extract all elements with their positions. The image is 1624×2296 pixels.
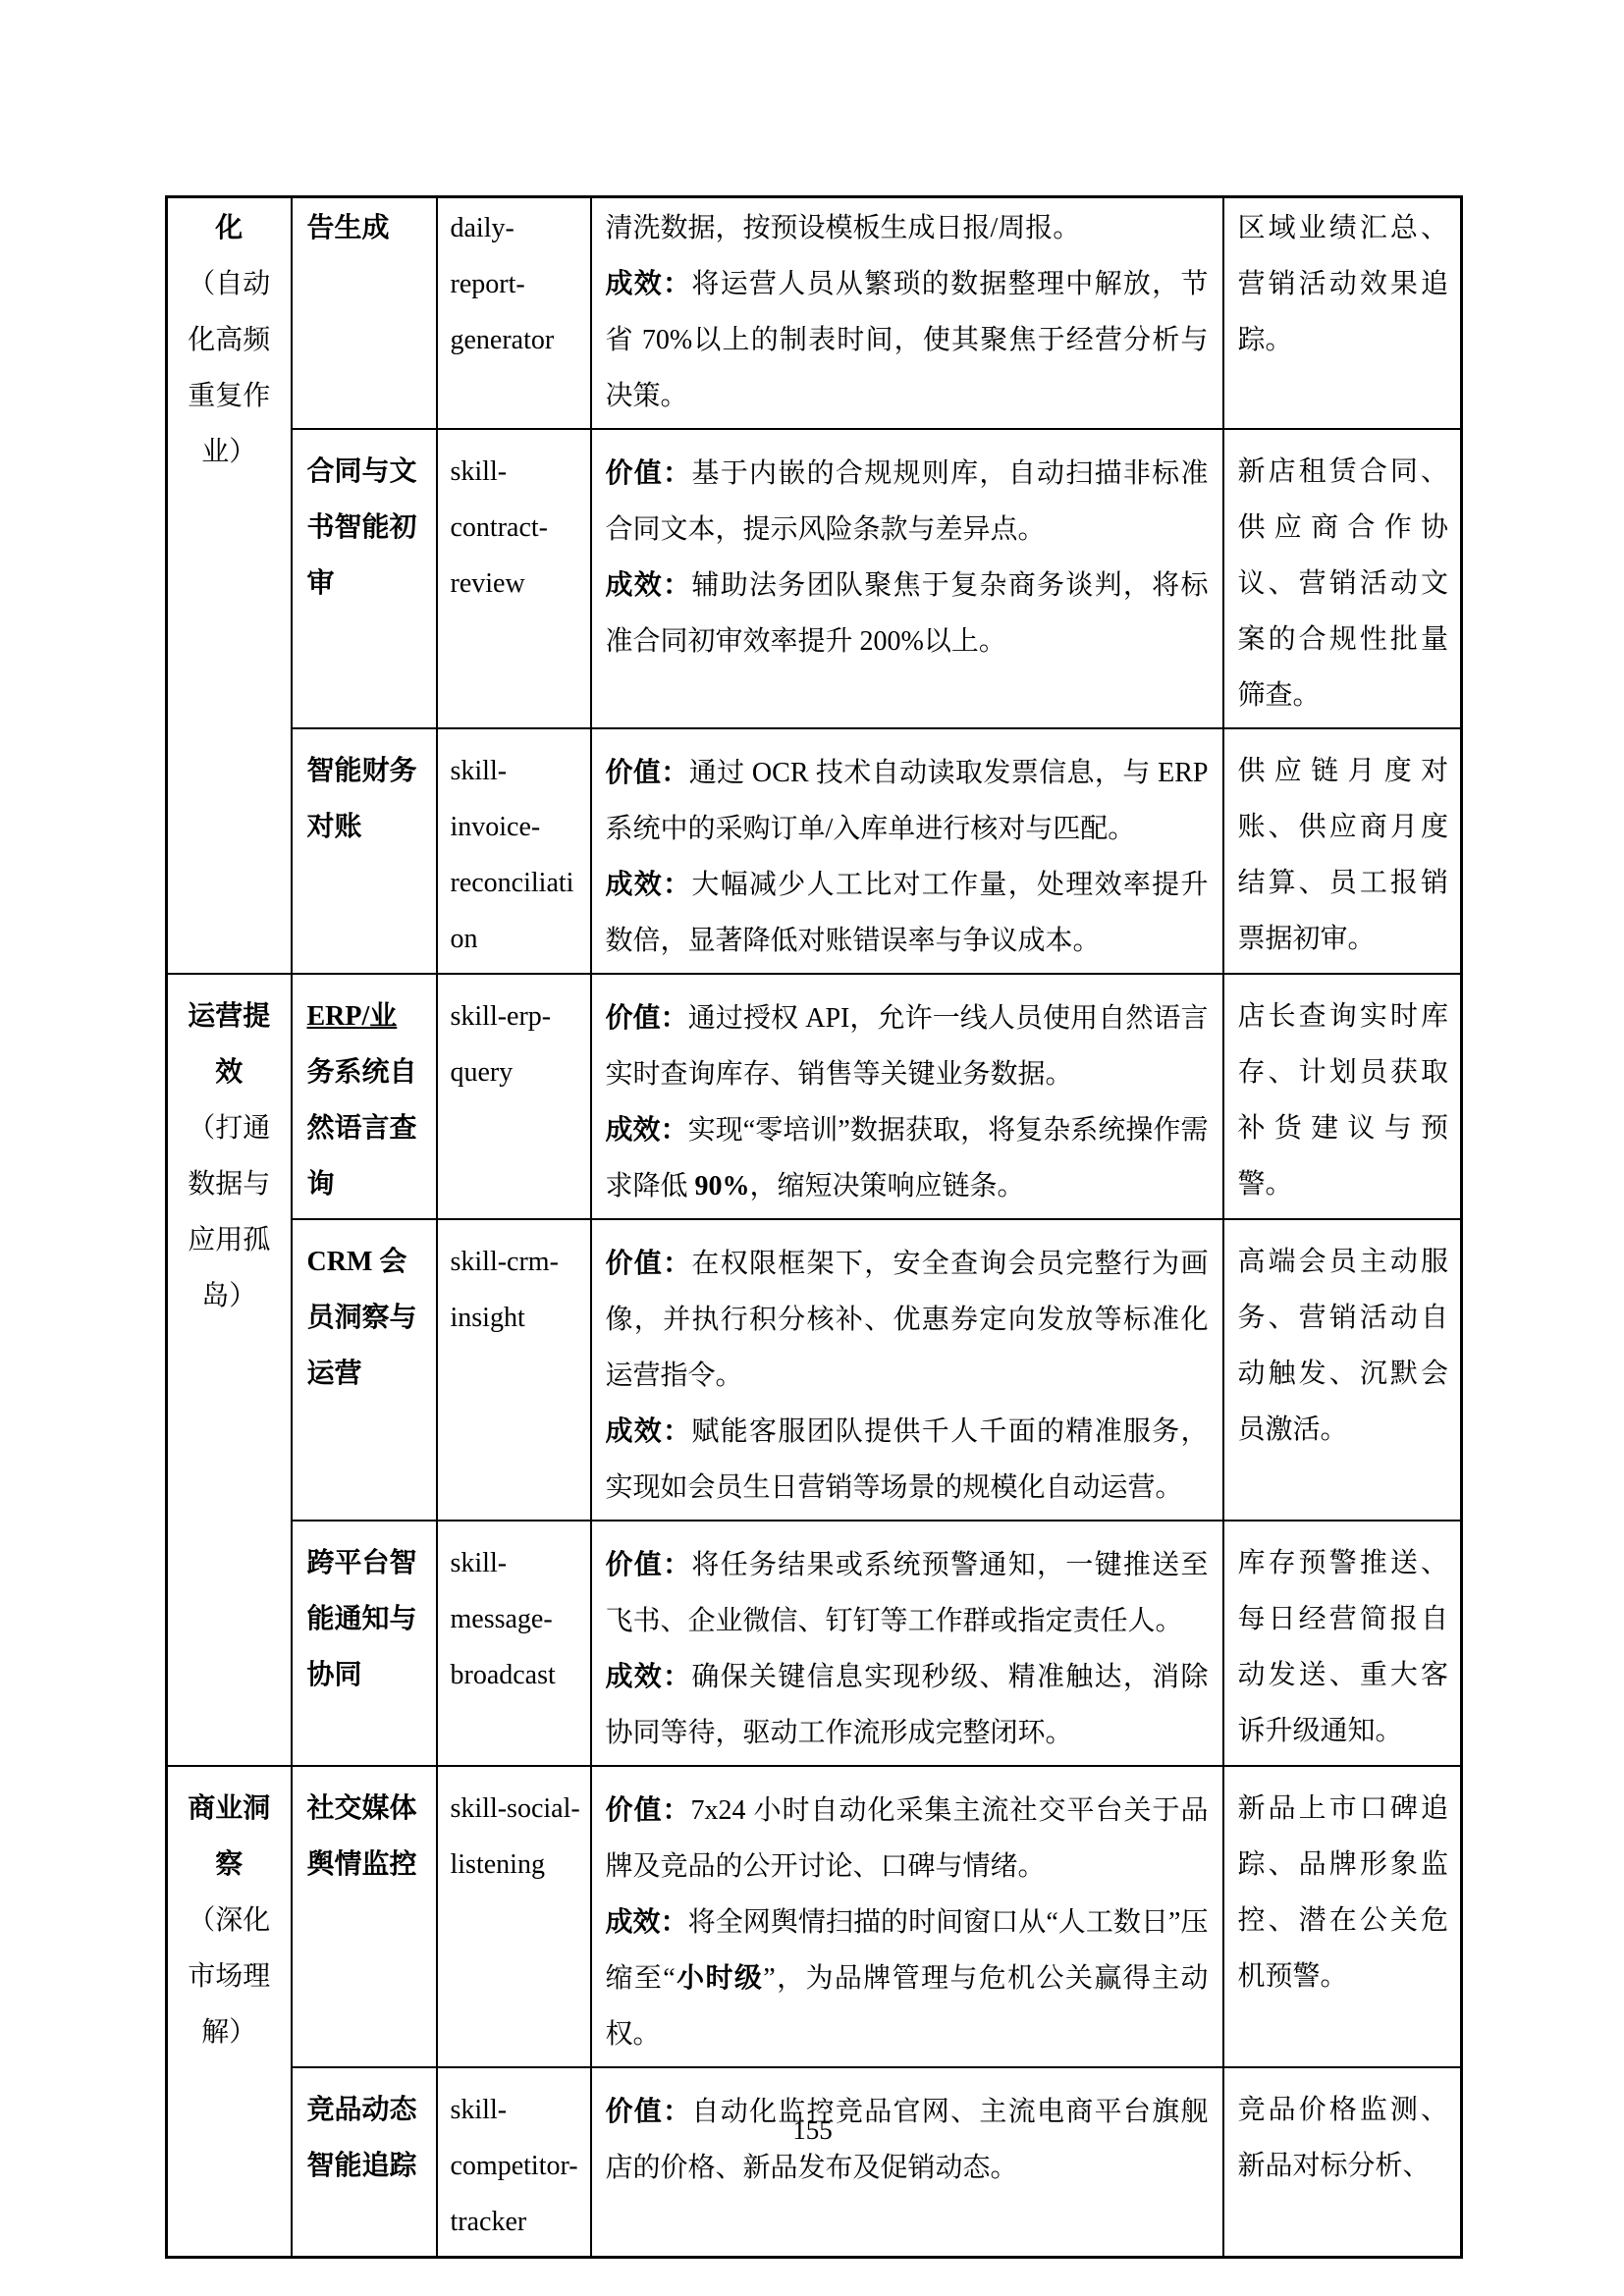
skill-name-cell: 合同与文书智能初审 [292, 429, 437, 728]
table-row: 合同与文书智能初审 skill-contract-review 价值：基于内嵌的… [167, 429, 1462, 728]
category-cell-insight: 商业洞察（深化市场理解） [167, 1766, 292, 2258]
category-cell-operations: 运营提效（打通数据与应用孤岛） [167, 974, 292, 1766]
value-impact-cell: 价值：通过 OCR 技术自动读取发票信息，与 ERP 系统中的采购订单/入库单进… [591, 728, 1223, 974]
use-cases-cell: 高端会员主动服务、营销活动自动触发、沉默会员激活。 [1223, 1219, 1462, 1521]
use-cases-cell: 竞品价格监测、新品对标分析、 [1223, 2067, 1462, 2258]
skill-id-cell: skill-crm-insight [437, 1219, 591, 1521]
value-impact-cell: 价值：自动化监控竞品官网、主流电商平台旗舰店的价格、新品发布及促销动态。 [591, 2067, 1223, 2258]
skill-name-cell: CRM 会员洞察与运营 [292, 1219, 437, 1521]
value-impact-cell: 清洗数据，按预设模板生成日报/周报。成效：将运营人员从繁琐的数据整理中解放，节省… [591, 197, 1223, 430]
value-impact-cell: 价值：将任务结果或系统预警通知，一键推送至飞书、企业微信、钉钉等工作群或指定责任… [591, 1521, 1223, 1766]
use-cases-cell: 店长查询实时库存、计划员获取补货建议与预警。 [1223, 974, 1462, 1219]
use-cases-cell: 新店租赁合同、供应商合作协议、营销活动文案的合规性批量筛查。 [1223, 429, 1462, 728]
skill-name-cell: 告生成 [292, 197, 437, 430]
value-impact-cell: 价值：基于内嵌的合规规则库，自动扫描非标准合同文本，提示风险条款与差异点。成效：… [591, 429, 1223, 728]
skill-name-cell: 社交媒体舆情监控 [292, 1766, 437, 2067]
skills-table: 化（自动化高频重复作业） 告生成 daily-report-generator … [165, 195, 1463, 2259]
table-row: 跨平台智能通知与协同 skill-message-broadcast 价值：将任… [167, 1521, 1462, 1766]
table-row: CRM 会员洞察与运营 skill-crm-insight 价值：在权限框架下，… [167, 1219, 1462, 1521]
skill-id-cell: skill-invoice-reconciliation [437, 728, 591, 974]
use-cases-cell: 供应链月度对账、供应商月度结算、员工报销票据初审。 [1223, 728, 1462, 974]
value-impact-cell: 价值：7x24 小时自动化采集主流社交平台关于品牌及竞品的公开讨论、口碑与情绪。… [591, 1766, 1223, 2067]
skill-id-cell: skill-contract-review [437, 429, 591, 728]
skill-name-cell: 智能财务对账 [292, 728, 437, 974]
skill-id-cell: skill-social-listening [437, 1766, 591, 2067]
table-row: 竞品动态智能追踪 skill-competitor-tracker 价值：自动化… [167, 2067, 1462, 2258]
table-row: 智能财务对账 skill-invoice-reconciliation 价值：通… [167, 728, 1462, 974]
table-row: 化（自动化高频重复作业） 告生成 daily-report-generator … [167, 197, 1462, 430]
value-impact-cell: 价值：通过授权 API，允许一线人员使用自然语言实时查询库存、销售等关键业务数据… [591, 974, 1223, 1219]
category-cell-automation: 化（自动化高频重复作业） [167, 197, 292, 975]
use-cases-cell: 库存预警推送、每日经营简报自动发送、重大客诉升级通知。 [1223, 1521, 1462, 1766]
page-number: 155 [165, 2106, 1460, 2155]
use-cases-cell: 新品上市口碑追踪、品牌形象监控、潜在公关危机预警。 [1223, 1766, 1462, 2067]
use-cases-cell: 区域业绩汇总、营销活动效果追踪。 [1223, 197, 1462, 430]
table-row: 运营提效（打通数据与应用孤岛） ERP/业务系统自然语言查询 skill-erp… [167, 974, 1462, 1219]
value-impact-cell: 价值：在权限框架下，安全查询会员完整行为画像，并执行积分核补、优惠券定向发放等标… [591, 1219, 1223, 1521]
skill-name-cell: ERP/业务系统自然语言查询 [292, 974, 437, 1219]
skill-id-cell: skill-competitor-tracker [437, 2067, 591, 2258]
skill-id-cell: skill-erp-query [437, 974, 591, 1219]
table-row: 商业洞察（深化市场理解） 社交媒体舆情监控 skill-social-liste… [167, 1766, 1462, 2067]
skill-id-cell: daily-report-generator [437, 197, 591, 430]
skill-name-cell: 竞品动态智能追踪 [292, 2067, 437, 2258]
skill-name-cell: 跨平台智能通知与协同 [292, 1521, 437, 1766]
skill-id-cell: skill-message-broadcast [437, 1521, 591, 1766]
